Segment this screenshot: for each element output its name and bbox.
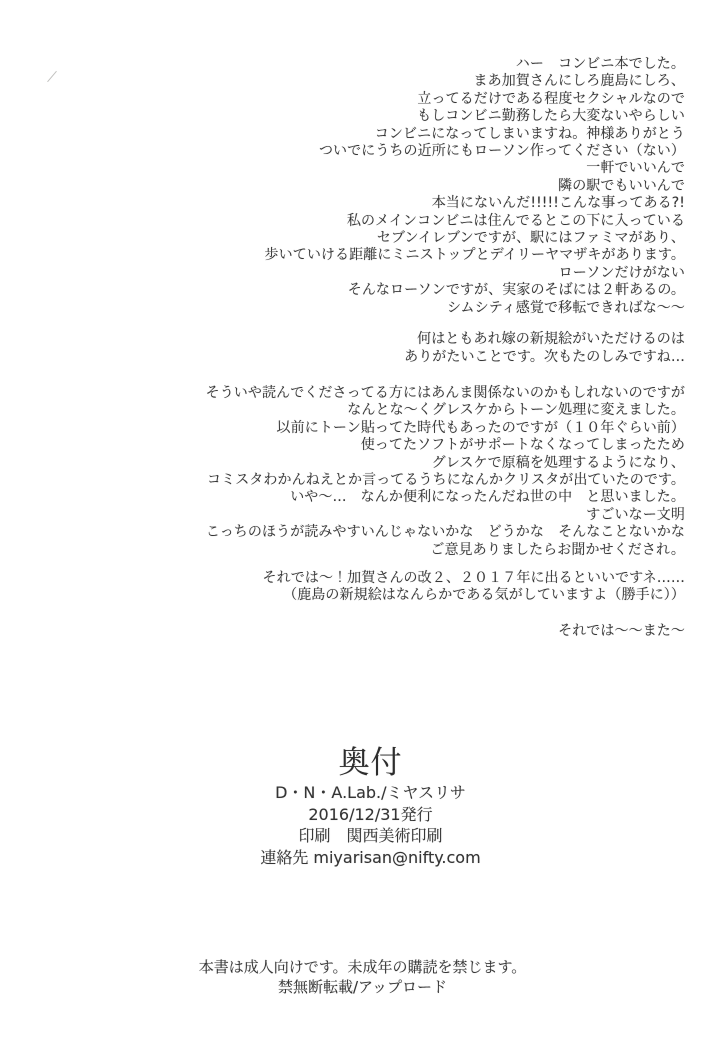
- afterword-line: ありがたいことです。次もたのしみですね…: [0, 349, 685, 366]
- afterword-line: シムシティ感覚で移転できればな～～: [0, 300, 685, 317]
- afterword-paragraph: ハー コンビニ本でした。 まあ加賀さんにしろ鹿島にしろ、 立ってるだけである程度…: [0, 56, 685, 317]
- afterword-line: まあ加賀さんにしろ鹿島にしろ、: [0, 73, 685, 90]
- afterword-line: 使ってたソフトがサポートなくなってしまったため: [0, 437, 685, 454]
- afterword-paragraph: それでは～！加賀さんの改２、２０１７年に出るといいですネ…… （鹿島の新規絵はな…: [0, 570, 685, 605]
- afterword-line: 何はともあれ嫁の新規絵がいただけるのは: [0, 331, 685, 348]
- colophon-block: 奥付 D・N・A.Lab./ミヤスリサ 2016/12/31発行 印刷 関西美術…: [0, 744, 725, 868]
- afterword-line: こっちのほうが読みやすいんじゃないかな どうかな そんなことないかな: [0, 524, 685, 541]
- afterword-line: セブンイレブンですが、駅にはファミマがあり、: [0, 230, 685, 247]
- afterword-line: 以前にトーン貼ってた時代もあったのですが（１０年ぐらい前）: [0, 420, 685, 437]
- colophon-circle-author-line: D・N・A.Lab./ミヤスリサ: [16, 782, 725, 804]
- afterword-line: コンビニになってしまいますね。神様ありがとう: [0, 126, 685, 143]
- colophon-contact-email-line: 連絡先 miyarisan@nifty.com: [16, 847, 725, 869]
- colophon-title: 奥付: [16, 744, 725, 782]
- afterword-text-block: ハー コンビニ本でした。 まあ加賀さんにしろ鹿島にしろ、 立ってるだけである程度…: [0, 56, 685, 640]
- adult-notice-line: 本書は成人向けです。未成年の購読を禁じます。: [0, 958, 725, 978]
- afterword-line: 本当にないんだ!!!!!こんな事ってある?!: [0, 195, 685, 212]
- afterword-line: ローソンだけがない: [0, 265, 685, 282]
- afterword-line: なんとな～くグレスケからトーン処理に変えました。: [0, 402, 685, 419]
- afterword-line: 歩いていける距離にミニストップとデイリーヤマザキがあります。: [0, 247, 685, 264]
- afterword-line: そんなローソンですが、実家のそばには２軒あるの。: [0, 282, 685, 299]
- adult-notice-block: 本書は成人向けです。未成年の購読を禁じます。 禁無断転載/アップロード: [0, 958, 725, 997]
- afterword-line: ご意見ありましたらお聞かせくだされ。: [0, 542, 685, 559]
- afterword-line: グレスケで原稿を処理するようになり、: [0, 455, 685, 472]
- afterword-paragraph: 何はともあれ嫁の新規絵がいただけるのは ありがたいことです。次もたのしみですね…: [0, 331, 685, 366]
- afterword-line: 一軒でいいんで: [0, 160, 685, 177]
- afterword-line: コミスタわかんねえとか言ってるうちになんかクリスタが出ていたのです。: [0, 472, 685, 489]
- scanned-afterword-page: ハー コンビニ本でした。 まあ加賀さんにしろ鹿島にしろ、 立ってるだけである程度…: [0, 0, 725, 1050]
- afterword-line: ハー コンビニ本でした。: [0, 56, 685, 73]
- afterword-line: それでは～！加賀さんの改２、２０１７年に出るといいですネ……: [0, 570, 685, 587]
- afterword-line: 立ってるだけである程度セクシャルなので: [0, 91, 685, 108]
- afterword-line: 隣の駅でもいいんで: [0, 178, 685, 195]
- afterword-line: もしコンビニ勤務したら大変ないやらしい: [0, 108, 685, 125]
- colophon-publish-date-line: 2016/12/31発行: [16, 804, 725, 826]
- afterword-paragraph: それでは～～また～: [0, 623, 685, 640]
- afterword-line: ついでにうちの近所にもローソン作ってください（ない）: [0, 143, 685, 160]
- afterword-line: いや～… なんか便利になったんだね世の中 と思いました。: [0, 489, 685, 506]
- no-reproduction-line: 禁無断転載/アップロード: [0, 978, 725, 998]
- colophon-printer-line: 印刷 関西美術印刷: [16, 825, 725, 847]
- afterword-sign-off-line: それでは～～また～: [0, 623, 685, 640]
- afterword-line: （鹿島の新規絵はなんらかである気がしていますよ（勝手に））: [0, 587, 685, 604]
- afterword-line: そういや読んでくださってる方にはあんま関係ないのかもしれないのですが: [0, 385, 685, 402]
- afterword-line: すごいなー文明: [0, 507, 685, 524]
- afterword-line: 私のメインコンビニは住んでるとこの下に入っている: [0, 213, 685, 230]
- afterword-paragraph: そういや読んでくださってる方にはあんま関係ないのかもしれないのですが なんとな～…: [0, 385, 685, 559]
